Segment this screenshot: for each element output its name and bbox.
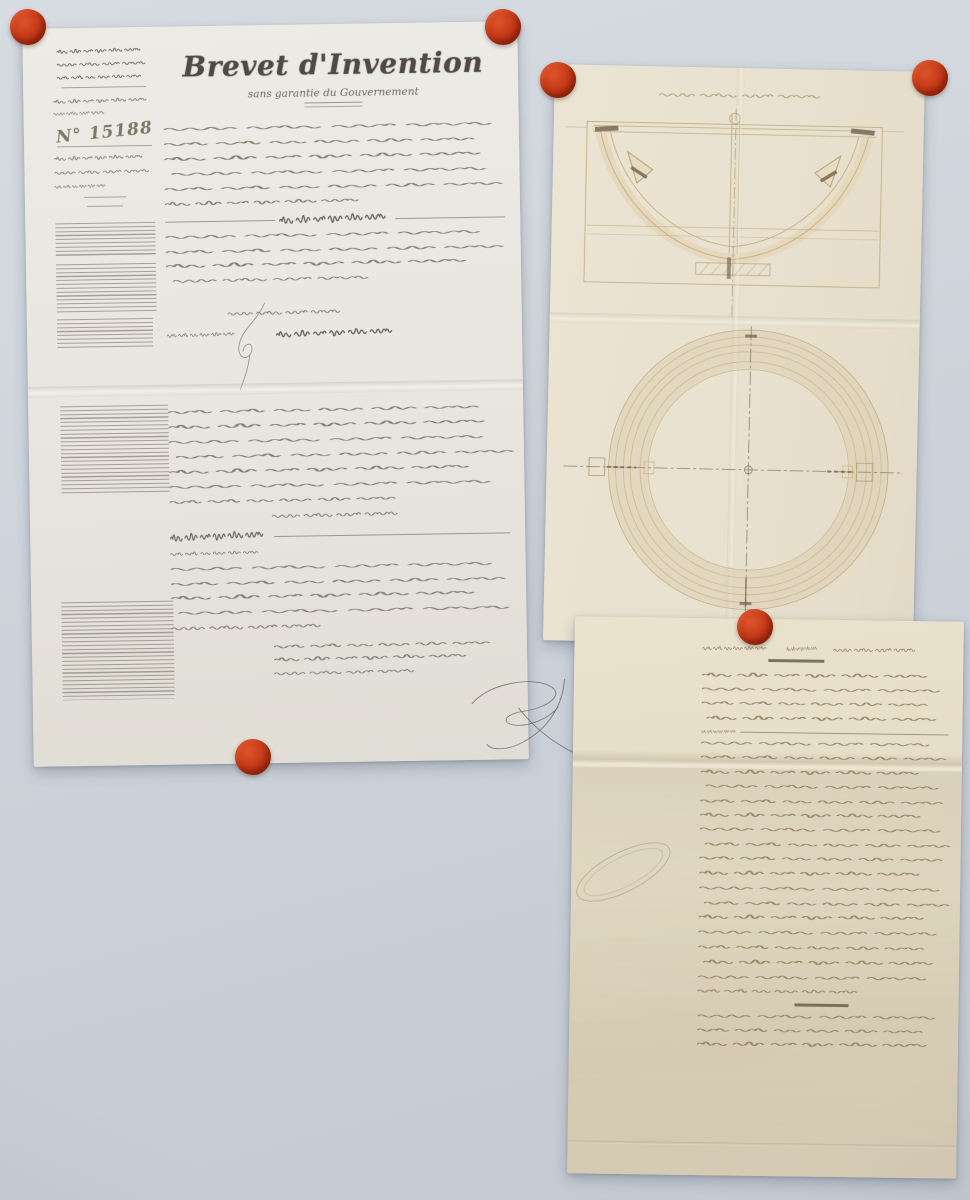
letter-bottom-crease [568,1140,957,1148]
grantee-name-script [279,212,391,227]
handwriting-line [699,854,944,864]
handwriting-line [705,840,952,850]
patent-subtitle: sans garantie du Gouvernement [163,84,503,101]
handwriting-line [171,166,494,178]
grantee-name-script [170,530,268,545]
handwriting-line [53,97,151,106]
pen-flourish [227,301,280,394]
handwriting-line [698,943,925,953]
letter-paragraph [698,854,947,998]
dated-at-script [172,622,325,632]
handwriting-line [171,575,508,587]
margin-rule [84,196,126,198]
handwritten-paragraph [164,120,505,207]
handwriting-line [164,120,501,132]
section-divider-line [794,1004,848,1007]
printed-note-block [55,222,156,258]
handwriting-line [699,884,946,894]
handwriting-line [698,973,933,983]
handwriting-line [165,229,488,241]
handwriting-line [698,928,943,938]
patent-content: N° 15188 Brevet d'Invention sans garanti… [22,21,529,767]
handwriting-line [274,639,492,649]
letter-paragraph [697,1012,944,1050]
handwritten-paragraph [168,403,509,505]
fold-straddle-script [167,325,507,341]
name-rule [165,220,275,223]
handwriting-line [170,495,398,506]
handwriting-line [699,913,936,923]
article-heading-script [272,510,401,520]
handwriting-line [701,768,931,778]
handwriting-line [700,797,945,807]
handwriting-line [704,899,951,909]
margin-note-script [167,331,235,340]
handwriting-line [178,604,518,616]
letter-paragraph [700,739,948,850]
patent-title: Brevet d'Invention [163,45,503,83]
oval-stamp-inner-ring [577,839,669,906]
patent-number: N° 15188 [55,118,155,148]
handwritten-paragraph [171,560,512,616]
handwriting-line [57,60,148,68]
subtitle-rule [304,102,362,108]
handwriting-line [57,47,145,55]
handwriting-line [701,739,936,749]
dateline-word [702,644,766,653]
patent-number-value: 15188 [88,118,154,144]
handwriting-line [54,110,106,118]
printed-note-block [60,405,169,495]
oval-stamp [568,830,679,913]
handwritten-paragraph [165,228,506,284]
handwriting-line [702,685,947,695]
closing-formula-script [274,639,492,676]
dateline-word [833,646,917,655]
handwriting-line [54,154,147,162]
handwriting-line [171,590,491,602]
patent-page2-body [168,403,512,684]
patent-certificate: N° 15188 Brevet d'Invention sans garanti… [22,21,529,767]
handwriting-line [166,258,482,270]
handwriting-line [702,671,939,681]
handwriting-line [54,168,151,177]
wax-seal [485,9,521,45]
handwriting-line [168,418,501,430]
patent-page1-body: Brevet d'Invention sans garantie du Gouv… [163,45,508,341]
heading-underline [768,659,824,662]
name-rule [274,532,510,537]
handwriting-line [165,198,369,208]
wax-seal [912,60,948,96]
printed-note-block [57,318,153,350]
letter-paragraph [701,671,949,725]
minister-signature [464,674,581,758]
ministry-header-script [53,47,154,82]
letter-content [567,616,964,1178]
letter-text-column [697,644,950,1057]
handwriting-line [697,1040,939,1050]
handwriting-line [164,150,497,162]
handwriting-line [700,825,947,835]
anchor-ring-plan-view [544,316,918,624]
patent-margin-column: N° 15188 [53,47,158,350]
handwriting-line [164,136,477,148]
grantee-name-line [165,210,505,228]
handwriting-line [274,667,418,676]
handwriting-line [173,274,374,284]
handwriting-line [165,180,505,192]
wax-seal [10,9,46,45]
handwriting-line [166,243,506,255]
photo-of-documents: N° 15188 Brevet d'Invention sans garanti… [0,0,970,1200]
handwriting-line [697,1026,924,1036]
handwritten-letter [567,616,964,1178]
handwriting-line [176,448,516,460]
name-rule [395,216,505,219]
handwriting-line [700,811,932,821]
handwriting-line [697,1012,942,1022]
handwriting-line [171,560,501,572]
handwriting-line [169,464,485,476]
margin-rule [61,86,146,88]
handwriting-line [705,782,945,792]
patent-number-prefix: N° [55,125,83,148]
handwriting-line [57,73,142,81]
handwriting-line [55,183,106,191]
letter-dateline-script [702,644,949,655]
handwriting-line [168,404,481,416]
handwriting-line [703,958,945,968]
wax-seal [540,62,576,98]
handwriting-line [701,754,948,764]
grantee-name-line [170,526,510,544]
dateline-word [786,645,818,653]
handwriting-line [274,653,476,663]
printed-note-block [56,263,157,313]
registry-reference-script [53,97,153,118]
margin-rule [87,205,123,207]
handwriting-line [169,478,499,490]
handwriting-line [702,699,929,709]
short-word-script [701,728,736,735]
printed-note-block [61,601,175,701]
margin-date-script [54,154,155,191]
handwriting-line [706,714,948,724]
handwriting-line [169,434,492,446]
handwriting-line [699,869,931,879]
large-name-script [276,327,399,340]
handwriting-line [698,987,859,996]
wax-seal [737,609,773,645]
letter-rule [740,732,948,736]
drawing-content [543,64,925,648]
wax-seal [235,739,271,775]
technical-drawing-sheet [543,64,925,648]
duration-script [170,549,258,557]
short-word-with-rule [701,728,948,738]
